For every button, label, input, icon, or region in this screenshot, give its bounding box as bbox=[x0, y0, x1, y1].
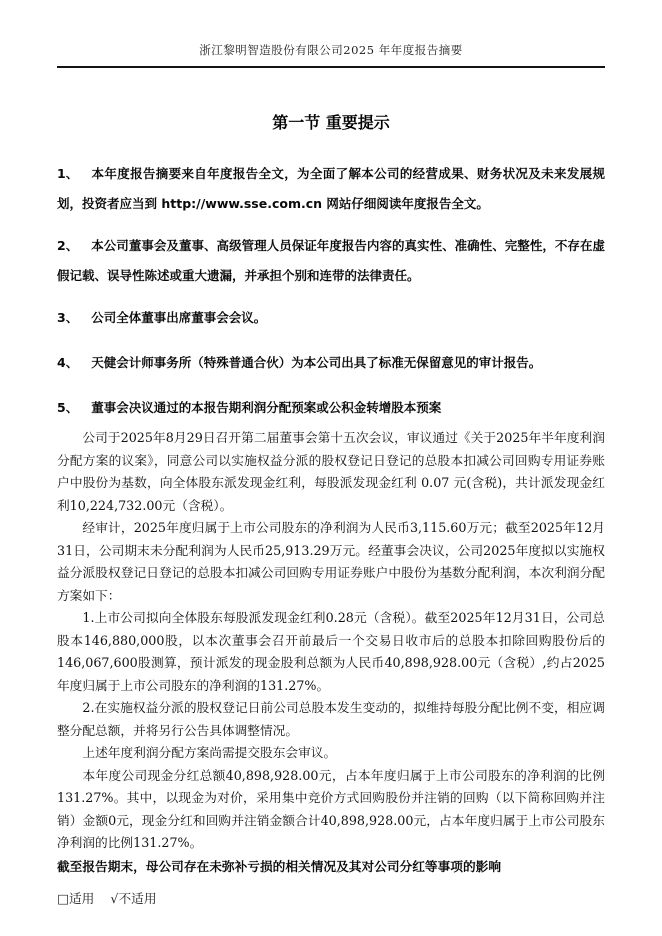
not-applicable-checkbox: √不适用 bbox=[110, 891, 156, 906]
paragraph-dividend-plan-1: 1.上市公司拟向全体股东每股派发现金红利0.28元（含税）。截至2025年12月… bbox=[57, 607, 605, 697]
paragraph-dividend-plan-2: 2.在实施权益分派的股权登记日前公司总股本发生变动的，拟维持每股分配比例不变，相… bbox=[57, 697, 605, 742]
notice-item-5-text: 董事会决议通过的本报告期利润分配预案或公积金转增股本预案 bbox=[91, 400, 441, 415]
paragraph-board-meeting: 公司于2025年8月29日召开第二届董事会第十五次会议，审议通过《关于2025年… bbox=[57, 427, 605, 517]
notice-item-4-text: 天健会计师事务所（特殊普通合伙）为本公司出具了标准无保留意见的审计报告。 bbox=[91, 355, 541, 370]
notice-item-2-text: 本公司董事会及董事、高级管理人员保证年度报告内容的真实性、准确性、完整性，不存在… bbox=[57, 238, 605, 283]
applicability-row: □适用√不适用 bbox=[57, 889, 605, 909]
section-title: 第一节 重要提示 bbox=[57, 110, 605, 133]
important-notice-items: 1、本年度报告摘要来自年度报告全文，为全面了解本公司的经营成果、财务状况及未来发… bbox=[57, 159, 605, 423]
notice-item-3: 3、公司全体董事出席董事会会议。 bbox=[57, 303, 605, 333]
paragraph-shareholder-review: 上述年度利润分配方案尚需提交股东会审议。 bbox=[57, 742, 605, 765]
paragraph-audited-profit: 经审计，2025年度归属于上市公司股东的净利润为人民币3,115.60万元；截至… bbox=[57, 517, 605, 607]
notice-item-1-text: 本年度报告摘要来自年度报告全文，为全面了解本公司的经营成果、财务状况及未来发展规… bbox=[57, 166, 605, 211]
header-divider bbox=[57, 66, 605, 68]
notice-item-2-number: 2、 bbox=[57, 231, 78, 261]
report-header-title: 浙江黎明智造股份有限公司2025 年年度报告摘要 bbox=[57, 42, 605, 66]
notice-item-4-number: 4、 bbox=[57, 348, 78, 378]
notice-item-2: 2、本公司董事会及董事、高级管理人员保证年度报告内容的真实性、准确性、完整性，不… bbox=[57, 231, 605, 291]
paragraph-total-dividend: 本年度公司现金分红总额40,898,928.00元，占本年度归属于上市公司股东的… bbox=[57, 765, 605, 855]
notice-item-1-number: 1、 bbox=[57, 159, 78, 189]
notice-item-3-text: 公司全体董事出席董事会会议。 bbox=[91, 310, 266, 325]
notice-item-5-number: 5、 bbox=[57, 393, 78, 423]
profit-distribution-section: 公司于2025年8月29日召开第二届董事会第十五次会议，审议通过《关于2025年… bbox=[57, 427, 605, 855]
notice-item-1: 1、本年度报告摘要来自年度报告全文，为全面了解本公司的经营成果、财务状况及未来发… bbox=[57, 159, 605, 219]
notice-item-5: 5、董事会决议通过的本报告期利润分配预案或公积金转增股本预案 bbox=[57, 393, 605, 423]
uncovered-loss-heading: 截至报告期末，母公司存在未弥补亏损的相关情况及其对公司分红等事项的影响 bbox=[57, 856, 605, 877]
applicable-checkbox: □适用 bbox=[57, 891, 94, 906]
notice-item-3-number: 3、 bbox=[57, 303, 78, 333]
notice-item-4: 4、天健会计师事务所（特殊普通合伙）为本公司出具了标准无保留意见的审计报告。 bbox=[57, 348, 605, 378]
report-page: 浙江黎明智造股份有限公司2025 年年度报告摘要 第一节 重要提示 1、本年度报… bbox=[0, 0, 662, 936]
